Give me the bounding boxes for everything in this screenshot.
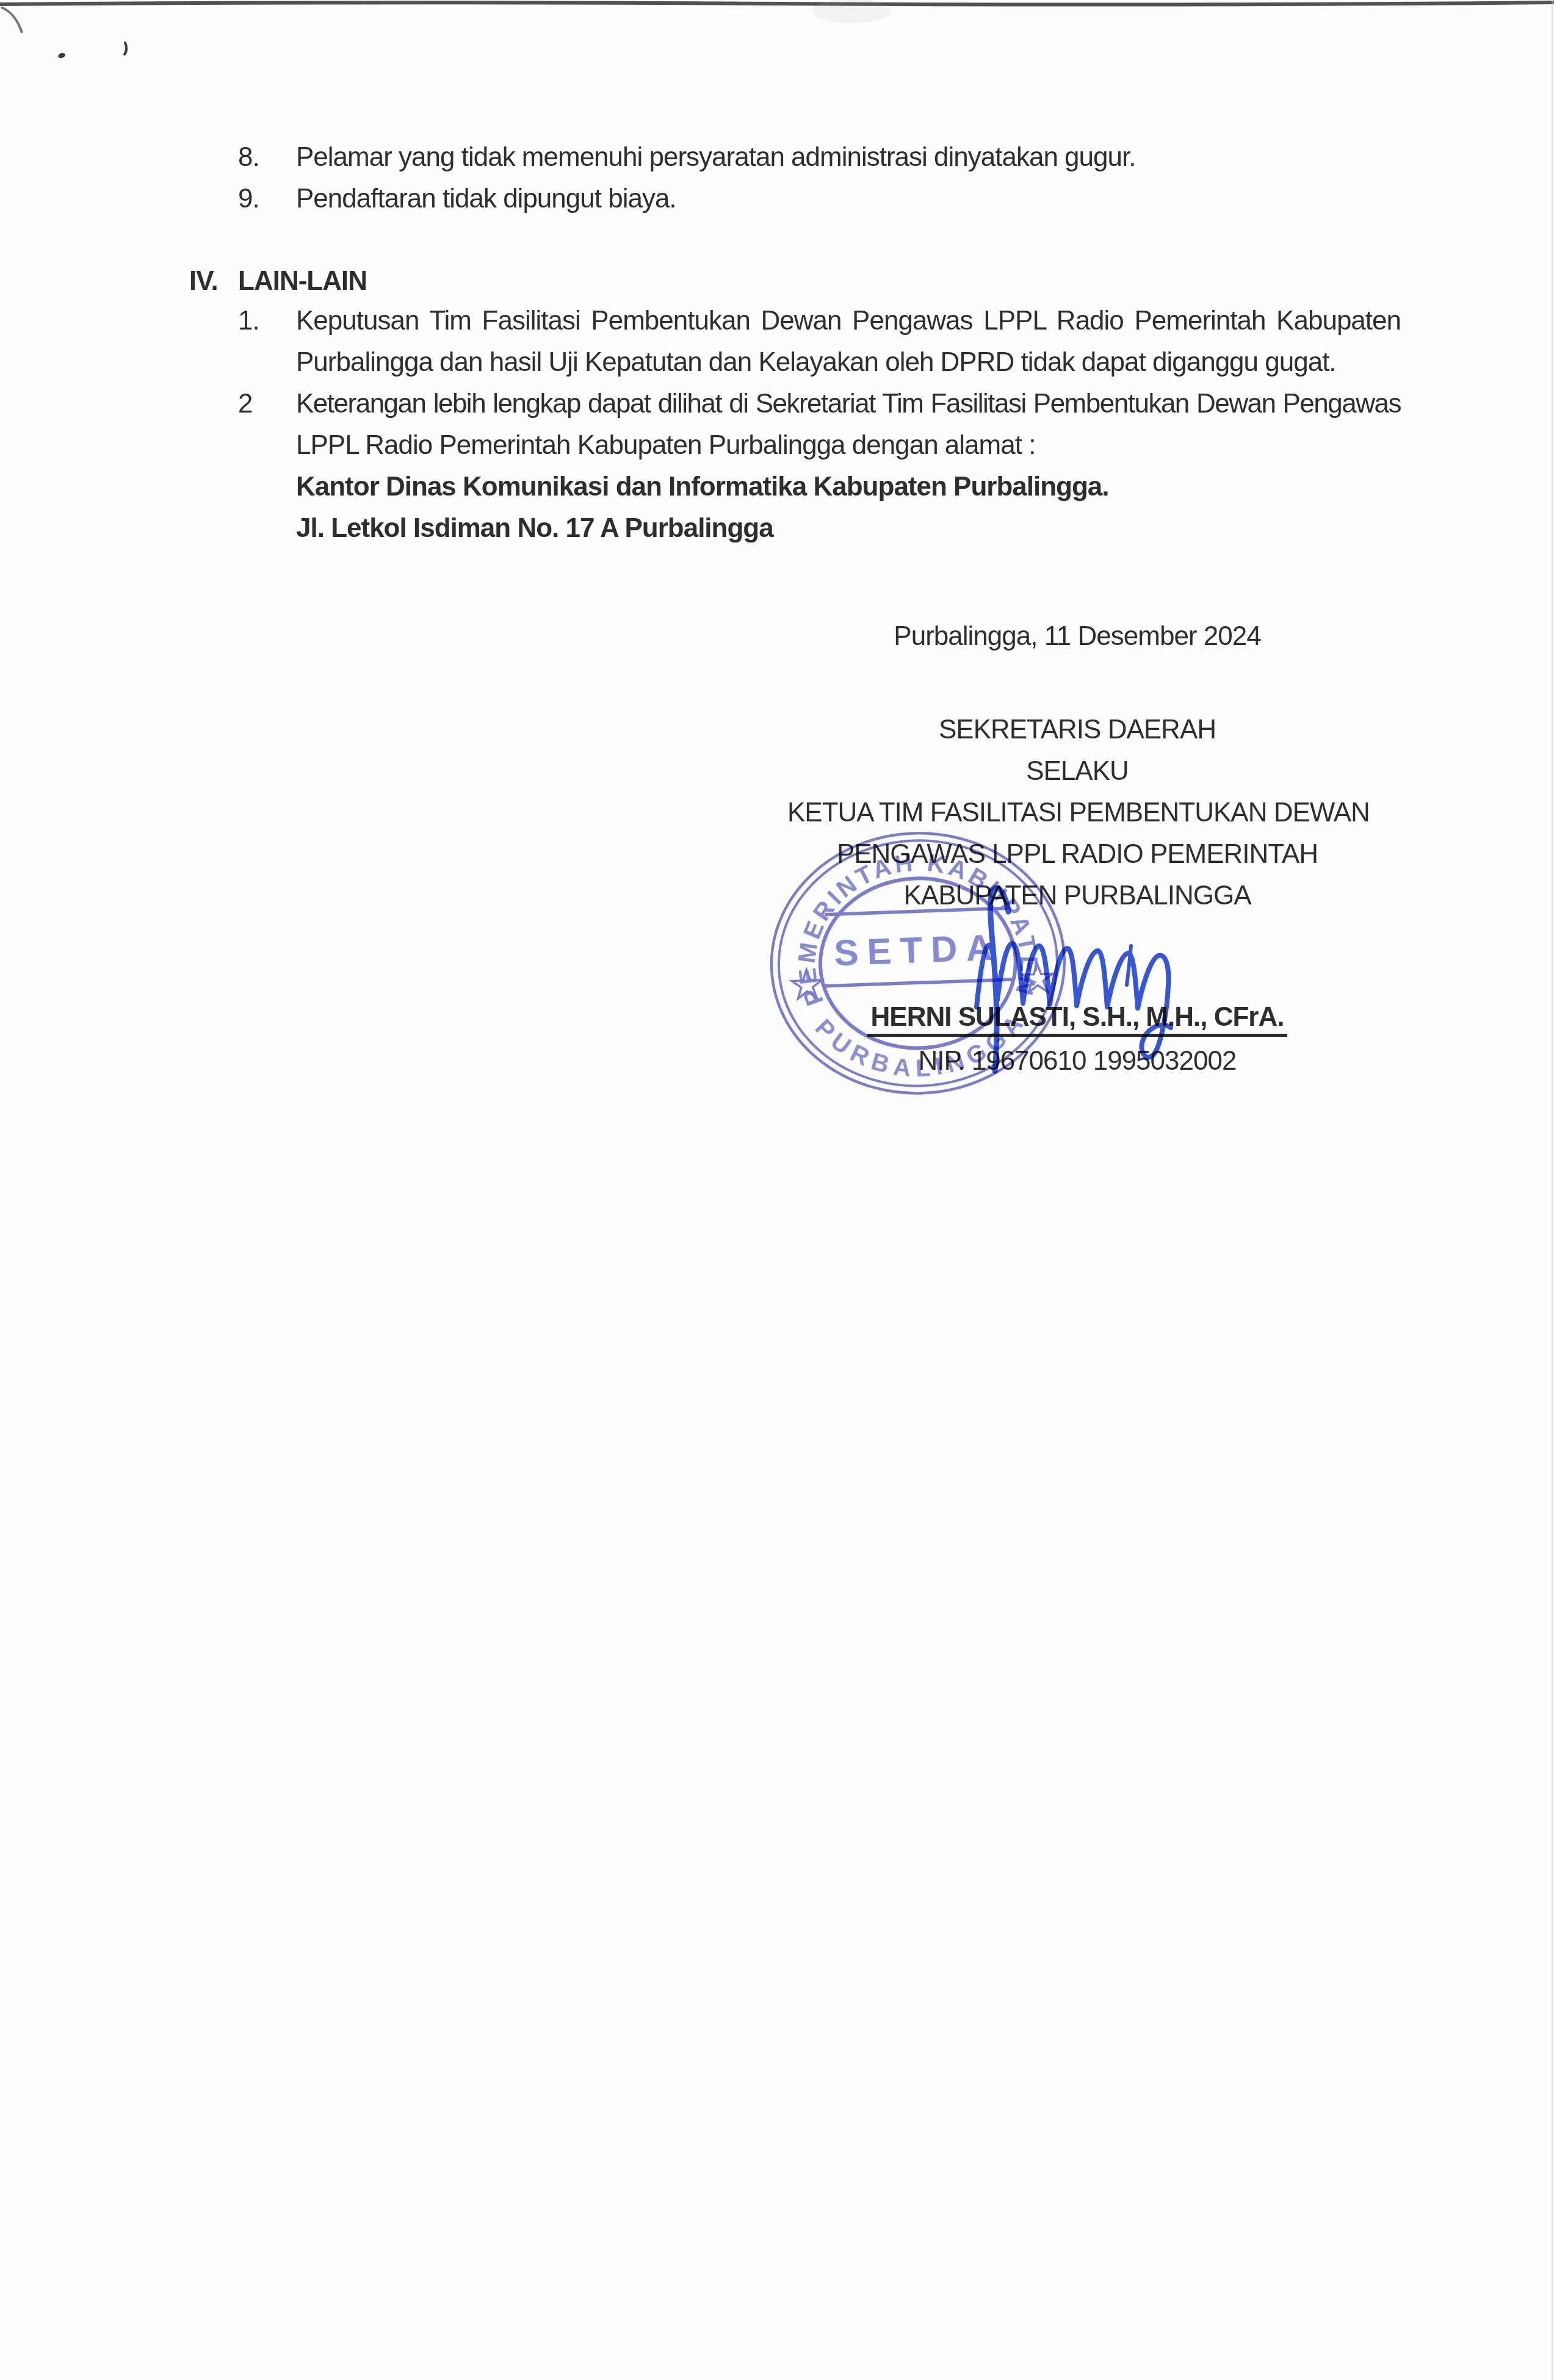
section-number: IV. xyxy=(189,261,238,302)
signatory-title-1: SEKRETARIS DAERAH xyxy=(787,709,1367,751)
list-item-text: Pendaftaran tidak dipungut biaya. xyxy=(296,178,676,220)
list-item-number: 1. xyxy=(238,300,296,383)
handwritten-signature xyxy=(949,864,1205,1095)
document-page: 8. Pelamar yang tidak memenuhi persyarat… xyxy=(0,0,1554,2380)
lain-lain-item-1: 1. Keputusan Tim Fasilitasi Pembentukan … xyxy=(238,300,1410,383)
list-item-8: 8. Pelamar yang tidak memenuhi persyarat… xyxy=(238,137,1410,178)
scan-corner-hook xyxy=(1,7,22,33)
section-title: LAIN-LAIN xyxy=(238,261,367,302)
ink-speck xyxy=(57,52,66,59)
item-1-text: Keputusan Tim Fasilitasi Pembentukan Dew… xyxy=(296,300,1401,383)
list-item-number: 8. xyxy=(238,137,296,178)
scan-right-edge xyxy=(1552,0,1553,2380)
item-2-address-office: Kantor Dinas Komunikasi dan Informatika … xyxy=(296,466,1401,508)
ink-speck-comma xyxy=(125,43,126,54)
item-2-line-2: LPPL Radio Pemerintah Kabupaten Purbalin… xyxy=(296,425,1401,466)
item-2-address-street: Jl. Letkol Isdiman No. 17 A Purbalingga xyxy=(296,508,1401,549)
scan-smudge xyxy=(812,0,891,23)
lain-lain-item-2: 2 Keterangan lebih lengkap dapat dilihat… xyxy=(238,383,1410,549)
scan-top-edge-line xyxy=(0,2,1554,5)
list-item-text: Pelamar yang tidak memenuhi persyaratan … xyxy=(296,137,1135,178)
date-line: Purbalingga, 11 Desember 2024 xyxy=(787,616,1367,657)
item-2-line-1: Keterangan lebih lengkap dapat dilihat d… xyxy=(296,383,1401,425)
signatory-title-2: SELAKU xyxy=(787,751,1367,792)
signature-scrawl-stroke xyxy=(977,943,1171,1058)
item-2-text: Keterangan lebih lengkap dapat dilihat d… xyxy=(296,383,1401,549)
section-heading: IV. LAIN-LAIN xyxy=(189,261,1361,302)
top-list: 8. Pelamar yang tidak memenuhi persyarat… xyxy=(238,137,1410,220)
list-item-number: 9. xyxy=(238,178,296,220)
list-item-9: 9. Pendaftaran tidak dipungut biaya. xyxy=(238,178,1410,220)
item-1-line-1: Keputusan Tim Fasilitasi Pembentukan Dew… xyxy=(296,300,1401,342)
list-item-number: 2 xyxy=(238,383,296,549)
item-1-line-2: Purbalingga dan hasil Uji Kepatutan dan … xyxy=(296,342,1401,383)
